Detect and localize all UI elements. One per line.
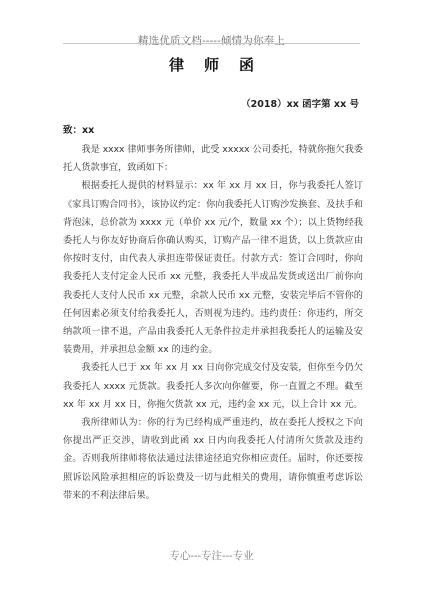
recipient-line: 致：xx (63, 122, 94, 136)
paragraph-demand: 我所律师认为：你的行为已经构成严重违约，故在委托人授权之下向你提出严正交涉，请收… (63, 414, 363, 505)
document-title: 律师函 (0, 54, 423, 75)
page-header-text: 精选优质文档-----倾情为你奉上 (0, 33, 423, 48)
document-number: （2018）xx 函字第 xx 号 (241, 96, 359, 110)
header-divider (63, 43, 360, 44)
paragraph-intro: 我是 xxxx 律师事务所律师，此受 xxxxx 公司委托，特就你拖欠我委托人货… (63, 141, 363, 177)
page-footer-text: 专心---专注---专业 (0, 548, 423, 563)
letter-body: 我是 xxxx 律师事务所律师，此受 xxxxx 公司委托，特就你拖欠我委托人货… (63, 141, 363, 505)
paragraph-arrears: 我委托人已于 xx 年 xx 月 xx 日向你完成交付及安装，但你至今仍欠我委托… (63, 359, 363, 414)
paragraph-contract-terms: 根据委托人提供的材料显示：xx 年 xx 月 xx 日，你与我委托人签订《家具订… (63, 177, 363, 359)
